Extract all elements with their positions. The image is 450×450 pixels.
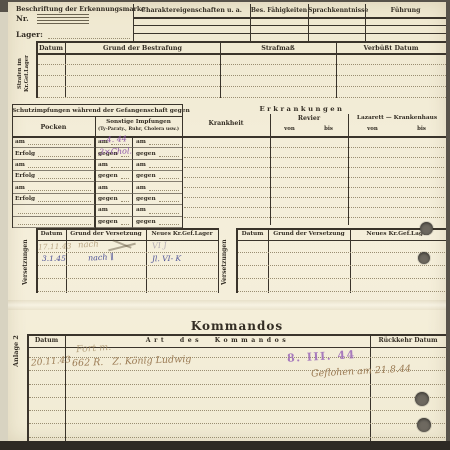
impf-cell: gegen [136,173,156,179]
strafen-col-verbuesst: Verbüßt Datum [336,44,446,52]
impf-cell: gegen [98,173,118,179]
impf-cell: Erfolg [15,196,35,202]
impfungen-title: Schutzimpfungen während der Gefangenscha… [12,107,182,114]
col-sprachkenntnisse: Sprachkenntnisse [308,7,365,14]
col-faehigkeiten: Bes. Fähigkeiten [250,7,308,14]
handwriting-vaccination-date: – 4. 44 [100,134,127,144]
impf-cell: Erfolg [15,173,35,179]
hole-punch [420,222,433,235]
vers-l-col-grund: Grund der Versetzung [66,231,146,237]
strafen-side-label-2: Kr.Gef.Lager [24,48,30,100]
handwriting-transfer1-reason: nach [78,239,99,250]
impf-cell: gegen [136,196,156,202]
handwriting-transfer1-camp: VI J [152,240,167,250]
underlying-card-edge [0,12,8,441]
handwriting-vaccination-agent: 3×Chol. [99,146,132,156]
lazarett-von: von [348,126,397,132]
handwriting-transfer2-reason: nach ∥ [88,252,114,262]
handwriting-transfer1-date: 17.11.43 [38,241,72,251]
lager-label: Lager: [16,30,43,39]
strafen-col-datum: Datum [37,44,65,52]
hole-punch [415,392,429,406]
impf-cell: am [136,207,146,213]
impf-cell: am [98,162,108,168]
col-krankheit: Krankheit [182,120,270,127]
col-charakter: Charaktereigenschaften u. a. [133,7,250,14]
impfungen-col-pocken: Pocken [12,123,95,131]
lager-fill-line [48,38,130,39]
strafen-side-label-1: Strafen im [17,50,23,98]
nr-label: Nr. [16,14,29,23]
impf-cell: am [15,185,25,191]
impf-cell: gegen [98,196,118,202]
fold-crease [8,300,446,310]
impfungen-col-sonstige-sub: (Ty-Paraty., Ruhr, Cholera usw.) [95,127,182,132]
versetzungen-side-label-left: Versetzungen [22,236,29,288]
vers-l-col-datum: Datum [37,231,66,237]
impf-cell: am [136,185,146,191]
impfungen-body: am am am Erfolg gegen gegen am am am Erf… [12,137,182,228]
impf-cell: gegen [136,219,156,225]
strafen-col-strafmass: Strafmaß [220,44,336,52]
hole-punch [418,252,430,264]
versetzungen-side-label-middle: Versetzungen [221,236,228,288]
impf-cell: gegen [98,219,118,225]
impf-cell: gegen [136,151,156,157]
erkrankungen-title: Erkrankungen [182,105,422,113]
kommandos-title: Kommandos [28,319,446,333]
strafen-col-grund: Grund der Bestrafung [65,44,220,52]
vers-r-col-grund: Grund der Versetzung [268,231,350,237]
impf-cell: am [136,162,146,168]
komm-col-datum: Datum [28,337,65,344]
scanned-document: Beschriftung der Erkennungsmarke Nr. Lag… [0,0,450,450]
col-fuehrung: Führung [365,7,446,14]
vers-r-col-datum: Datum [237,231,268,237]
impf-cell: am [15,162,25,168]
hole-punch [417,418,431,432]
handwriting-transfer2-date: 3.1.45 [42,254,66,263]
impf-cell: Erfolg [15,151,35,157]
anlage-label: Anlage 2 [12,331,20,371]
lazarett-bis: bis [397,126,446,132]
impf-cell: am [98,207,108,213]
marking-label: Beschriftung der Erkennungsmarke [16,5,145,13]
vers-l-col-lager: Neues Kr.Gef.Lager [146,231,218,237]
impf-cell: am [98,185,108,191]
col-lazarett: Lazarett — Krankenhaus [348,115,446,121]
revier-von: von [270,126,309,132]
komm-col-rueckkehr: Rückkehr Datum [370,337,446,344]
impfungen-col-sonstige: Sonstige Impfungen [95,119,182,125]
col-revier: Revier [270,115,348,122]
handwriting-transfer2-camp: Jl. VI- K [152,254,181,264]
impf-cell: am [15,139,25,145]
revier-bis: bis [309,126,348,132]
scan-bottom-edge [0,441,450,450]
nr-fill-area [37,14,89,24]
impf-cell: am [136,139,146,145]
